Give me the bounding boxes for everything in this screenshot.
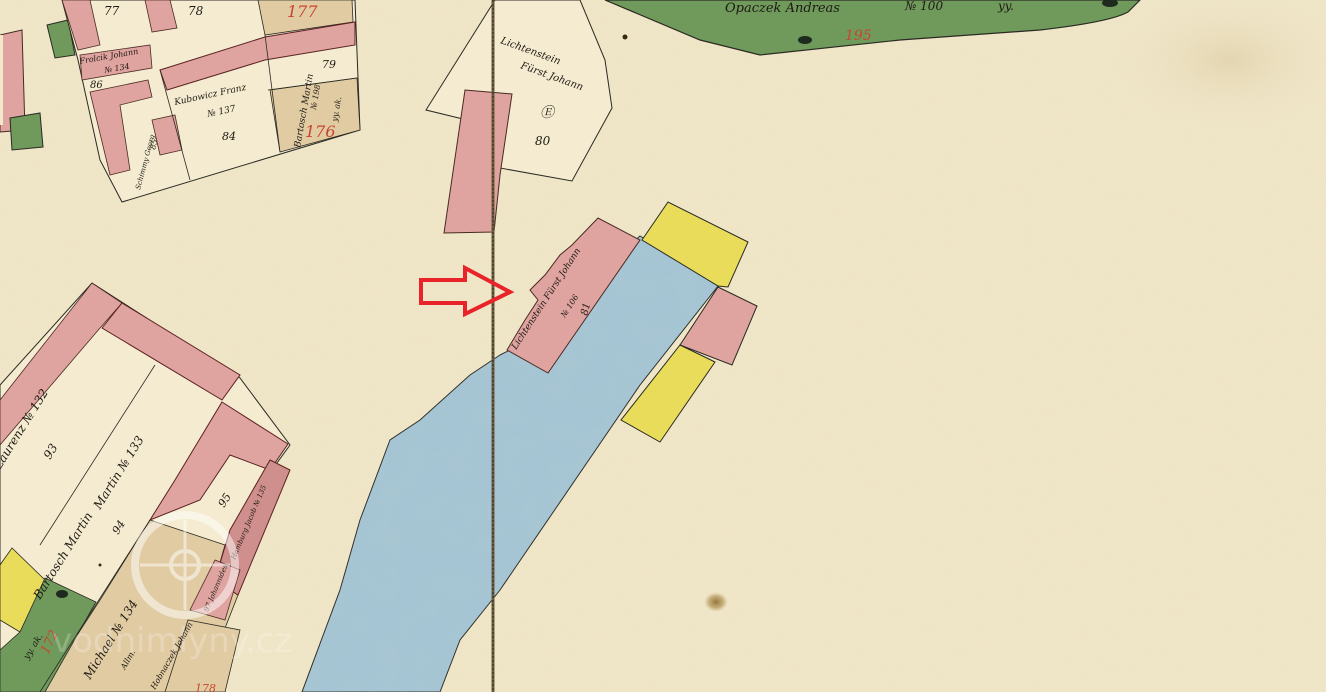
ink-spot (99, 564, 102, 567)
parcel-number-176: 176 (305, 122, 336, 141)
label-opaczek-yy: yy. (997, 0, 1014, 13)
label-84: 84 (222, 130, 236, 143)
watermark-text: vodnimlyny.cz (52, 621, 292, 661)
label-80: 80 (535, 134, 551, 148)
label-opaczek: Opaczek Andreas (725, 1, 840, 16)
label-77: 77 (104, 4, 120, 18)
tree-symbol (56, 590, 68, 598)
parcel-number-178: 178 (195, 682, 216, 692)
label-symbol: Ⓔ (540, 105, 556, 121)
parcel-number-195: 195 (845, 28, 872, 44)
label-79: 79 (322, 58, 336, 71)
label-opaczek-no: № 100 (904, 0, 943, 13)
label-86: 86 (90, 80, 103, 91)
cadastral-map[interactable]: Opaczek Andreas № 100 yy. 195 77 78 177 … (0, 0, 1326, 692)
label-78: 78 (188, 4, 204, 18)
tree-symbol (798, 36, 812, 44)
ink-spot (623, 35, 628, 40)
paper-stain (704, 592, 728, 612)
parcel-number-177: 177 (287, 2, 318, 21)
